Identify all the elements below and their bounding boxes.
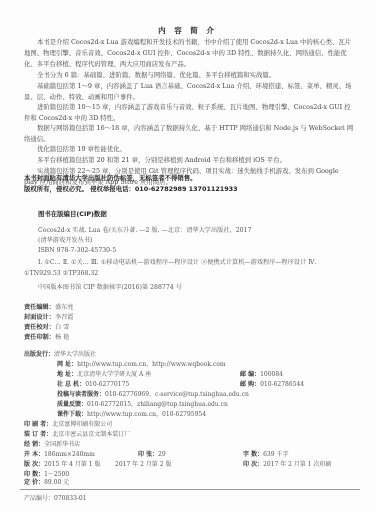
staff-cover-design: 封面设计：李召霞 [24,313,74,323]
staff-label: 封面设计： [24,314,55,321]
sheets-row: 印 张：29 [138,450,166,460]
quality-feedback-row: 质量反馈：010-62772015，zhiliang@tup.tsinghua.… [57,400,228,410]
mail-order-row: 邮 购：010-62786544 [240,380,304,390]
page-heading: 内 容 简 介 [0,25,375,36]
product-number: 产品编号：070833-01 [24,494,87,504]
staff-value: 杨 艳 [55,334,69,341]
summary-paragraph-7: 多平台移植篇包括第 20 和第 21 章，分别是移植到 Android 平台和移… [24,155,354,166]
edition-2: 2017 年 2 月第 2 版 [115,460,171,470]
staff-value: 白 雪 [55,324,69,331]
address-row: 地 址：北京清华大学学研大厦 A 座 [57,370,151,380]
website-row: 网 址：http://www.tup.com.cn，http://www.wqb… [57,360,226,370]
cip-title: 图书在版编目(CIP)数据 [38,209,107,218]
staff-value: 李召霞 [55,314,74,321]
word-count-row: 字 数：639 千字 [243,450,288,460]
divider-line [20,489,360,490]
printer-row: 印 刷 者：北京富博印刷有限公司 [24,420,112,430]
summary-paragraph-3: 基础篇包括第 1～9 章，内容涵盖了 Lua 语言基础、Cocos2d-x Lu… [24,81,354,103]
summary-paragraph-1: 本书是介绍 Cocos2d-x Lua 游戏编程和开发技术的书籍，书中介绍了使用… [24,37,354,69]
summary-paragraph-2: 全书分为 6 篇：基础篇、进阶篇、数据与网络篇、优化篇、多平台移植篇和实战篇。 [24,70,354,81]
cip-isbn: ISBN 978-7-302-45730-5 [38,246,116,257]
edition-row: 版 次：2015 年 4 月第 1 版 [24,460,101,470]
courseware-link[interactable]: http://www.tup.com.cn，010-62795954 [87,411,206,418]
cip-line-1: Cocos2d-x 实战. Lua 卷/关东升著. —2 版. —北京：清华大学… [38,226,252,237]
cip-classification: Ⅰ. ①C… Ⅱ. ①关… Ⅲ. ①移动电话机—游戏程序—程序设计 ②便携式计算… [24,258,354,279]
reader-service-row: 投稿与读者服务：010-62776969，c-service@tup.tsing… [57,390,249,400]
price-row: 定 价：89.00 元 [24,478,69,488]
cip-check-number: 中国版本图书馆 CIP 数据核字(2016)第 288774 号 [38,283,182,294]
binder-row: 装 订 者：北京市密云县京文制本装订厂 [24,430,130,440]
summary-paragraph-6: 优化篇包括第 19 章性能优化。 [24,144,354,155]
staff-proofreader: 责任校对：白 雪 [24,323,69,333]
switchboard-row: 社 总 机：010-62770175 [57,380,129,390]
cip-series: (清华游戏开发丛书) [38,236,92,247]
summary-paragraph-4: 进阶篇包括第 10～15 章，内容涵盖了游戏音乐与音效、粒子系统、瓦片地图、物理… [24,102,354,124]
staff-label: 责任印制： [24,334,55,341]
anti-counterfeit-notice: 本书封面贴有清华大学出版社防伪标签，无标签者不得销售。 [24,173,197,184]
staff-label: 责任编辑： [24,304,55,311]
postcode-row: 邮 编：100084 [240,370,283,380]
courseware-row: 课件下载：http://www.tup.com.cn，010-62795954 [57,410,206,420]
staff-print-manager: 责任印制：杨 艳 [24,333,69,343]
copyright-notice: 版权所有，侵权必究。 侵权举报电话：010-62782989 137011219… [24,184,238,195]
staff-editor: 责任编辑：盛东亮 [24,303,74,313]
staff-label: 责任校对： [24,324,55,331]
publisher-row: 出版发行：清华大学出版社 [24,350,96,360]
format-row: 开 本：186mm×240mm [24,450,95,460]
impression-row: 印 次：2017 年 2 月第 1 次印刷 [243,460,332,470]
distributor-row: 经 销：全国新华书店 [24,440,80,450]
staff-value: 盛东亮 [55,304,74,311]
summary-paragraph-5: 数据与网络篇包括第 16～18 章，内容涵盖了数据持久化、基于 HTTP 网络通… [24,123,354,145]
website-link[interactable]: http://www.tup.com.cn，http://www.wqbook.… [77,361,225,368]
